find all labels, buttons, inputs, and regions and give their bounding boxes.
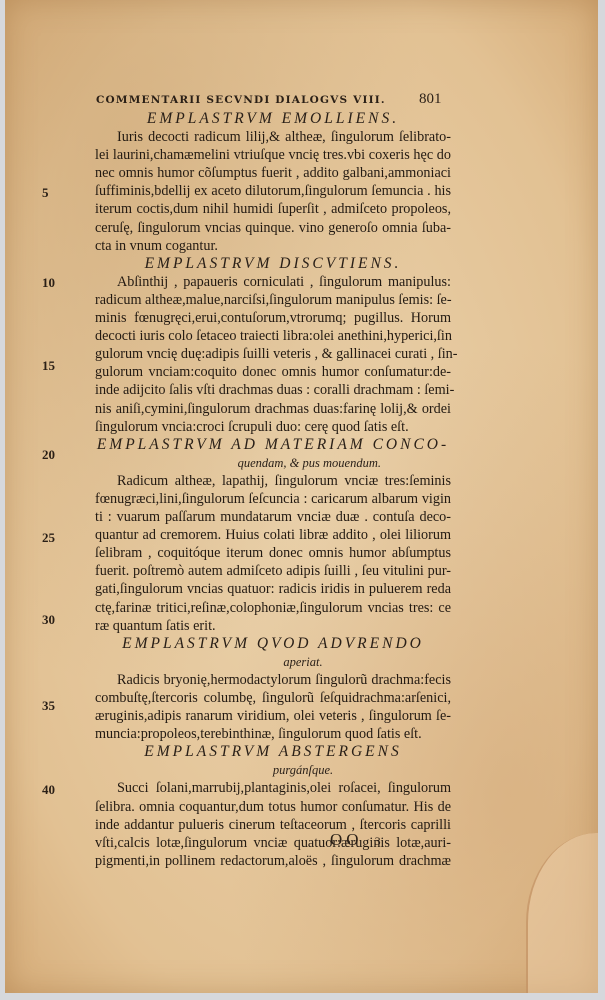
- text-line: decocti iuris colo ſetaceo traiecti libr…: [95, 327, 451, 345]
- text-line: quantur ad cremorem. Huius colati libræ …: [95, 526, 451, 544]
- text-line: gulorum vncię duę:adipis ſuilli veteris …: [95, 345, 451, 363]
- text-line: fœnugræci,lini,ſingulorum ſeſcuncia : ca…: [95, 490, 451, 508]
- line-number: 20: [42, 447, 55, 463]
- line-number: 30: [42, 612, 55, 628]
- text-line: radicum altheæ,malue,narciſsi,ſingulorum…: [95, 291, 451, 309]
- section-heading: EMPLASTRVM EMOLLIENS.: [95, 110, 451, 128]
- text-line: Succi ſolani,marrubij,plantaginis,olei r…: [95, 779, 451, 797]
- body-text: EMPLASTRVM EMOLLIENS. Iuris decocti radi…: [95, 110, 451, 870]
- water-stain: [526, 833, 598, 993]
- section-subheading: quendam, & pus mouendum.: [95, 454, 451, 472]
- folio-number: 801: [419, 91, 442, 108]
- text-line: ſelibram , coquitóque iterum donec omnis…: [95, 544, 451, 562]
- section-subheading: aperiat.: [95, 653, 451, 671]
- signature-number: 3: [375, 834, 381, 848]
- signature-letters: OO: [330, 830, 363, 849]
- text-line: inde addantur pulueris cinerum teſtaceor…: [95, 816, 451, 834]
- line-number: 25: [42, 530, 55, 546]
- line-number: 40: [42, 782, 55, 798]
- text-line: iterum coctis,dum nihil humidi ſuperſit …: [95, 200, 451, 218]
- line-number: 15: [42, 358, 55, 374]
- text-line: ſingulorum vncia:croci ſcrupuli duo: cer…: [95, 418, 451, 436]
- text-line: Radicum altheæ, lapathij, ſingulorum vnc…: [95, 472, 451, 490]
- text-line: lei laurini,chamæmelini vtriuſque vncię …: [95, 146, 451, 164]
- text-line: pigmenti,in pollinem redactorum,aloës , …: [95, 852, 451, 870]
- text-line: minis fœnugręci,erui,contuſorum,vtrorumq…: [95, 309, 451, 327]
- signature-mark: OO3: [330, 830, 381, 850]
- text-line: ſelibra. omnia coquantur,dum totus humor…: [95, 798, 451, 816]
- text-line: ceruſę, ſingulorum vncias quinque. vino …: [95, 219, 451, 237]
- text-line: inde adijcito ſalis vſti drachmas duas :…: [95, 381, 451, 399]
- text-line: ſuffiminis,bdellij ex aceto dilutorum,ſi…: [95, 182, 451, 200]
- text-line: Iuris decocti radicum lilij,& altheæ, ſi…: [95, 128, 451, 146]
- text-line: cta in vnum cogantur.: [95, 237, 451, 255]
- text-line: ti : vuarum paſſarum mundatarum vnciæ du…: [95, 508, 451, 526]
- text-line: ræ quantum ſatis erit.: [95, 617, 451, 635]
- text-line: Radicis bryonię,hermodactylorum ſingulor…: [95, 671, 451, 689]
- line-number: 5: [42, 185, 49, 201]
- section-heading: EMPLASTRVM ABSTERGENS: [95, 743, 451, 761]
- text-line: fuerit. poſtremò autem admiſceto adipis …: [95, 562, 451, 580]
- line-number: 35: [42, 698, 55, 714]
- text-line: nec omnis humor cõſumptus fuerit , addit…: [95, 164, 451, 182]
- text-line: æruginis,adipis ranarum viridium, olei v…: [95, 707, 451, 725]
- text-line: vſti,calcis lotæ,ſingulorum vnciæ quatuo…: [95, 834, 451, 852]
- text-line: ctę,farinæ tritici,reſinæ,colophoniæ,ſin…: [95, 599, 451, 617]
- section-subheading: purgánſque.: [95, 761, 451, 779]
- text-line: muncia:propoleos,terebinthinæ, ſinguloru…: [95, 725, 451, 743]
- section-heading: EMPLASTRVM DISCVTIENS.: [95, 255, 451, 273]
- section-heading: EMPLASTRVM QVOD ADVRENDO: [95, 635, 451, 653]
- text-line: gati,ſingulorum vncias quatuor: radicis …: [95, 580, 451, 598]
- text-line: nis aniſi,cymini,ſingulorum drachmas dua…: [95, 400, 451, 418]
- scanned-page: COMMENTARII SECVNDI DIALOGVS VIII. 801 5…: [5, 0, 598, 993]
- text-line: Abſinthij , papaueris corniculati , ſing…: [95, 273, 451, 291]
- line-number: 10: [42, 275, 55, 291]
- text-line: combuſtę,ſtercoris columbę, ſingulorũ ſe…: [95, 689, 451, 707]
- section-heading: EMPLASTRVM AD MATERIAM CONCO-: [95, 436, 451, 454]
- text-line: gulorum vnciam:coquito donec omnis humor…: [95, 363, 451, 381]
- running-head: COMMENTARII SECVNDI DIALOGVS VIII.: [96, 94, 446, 106]
